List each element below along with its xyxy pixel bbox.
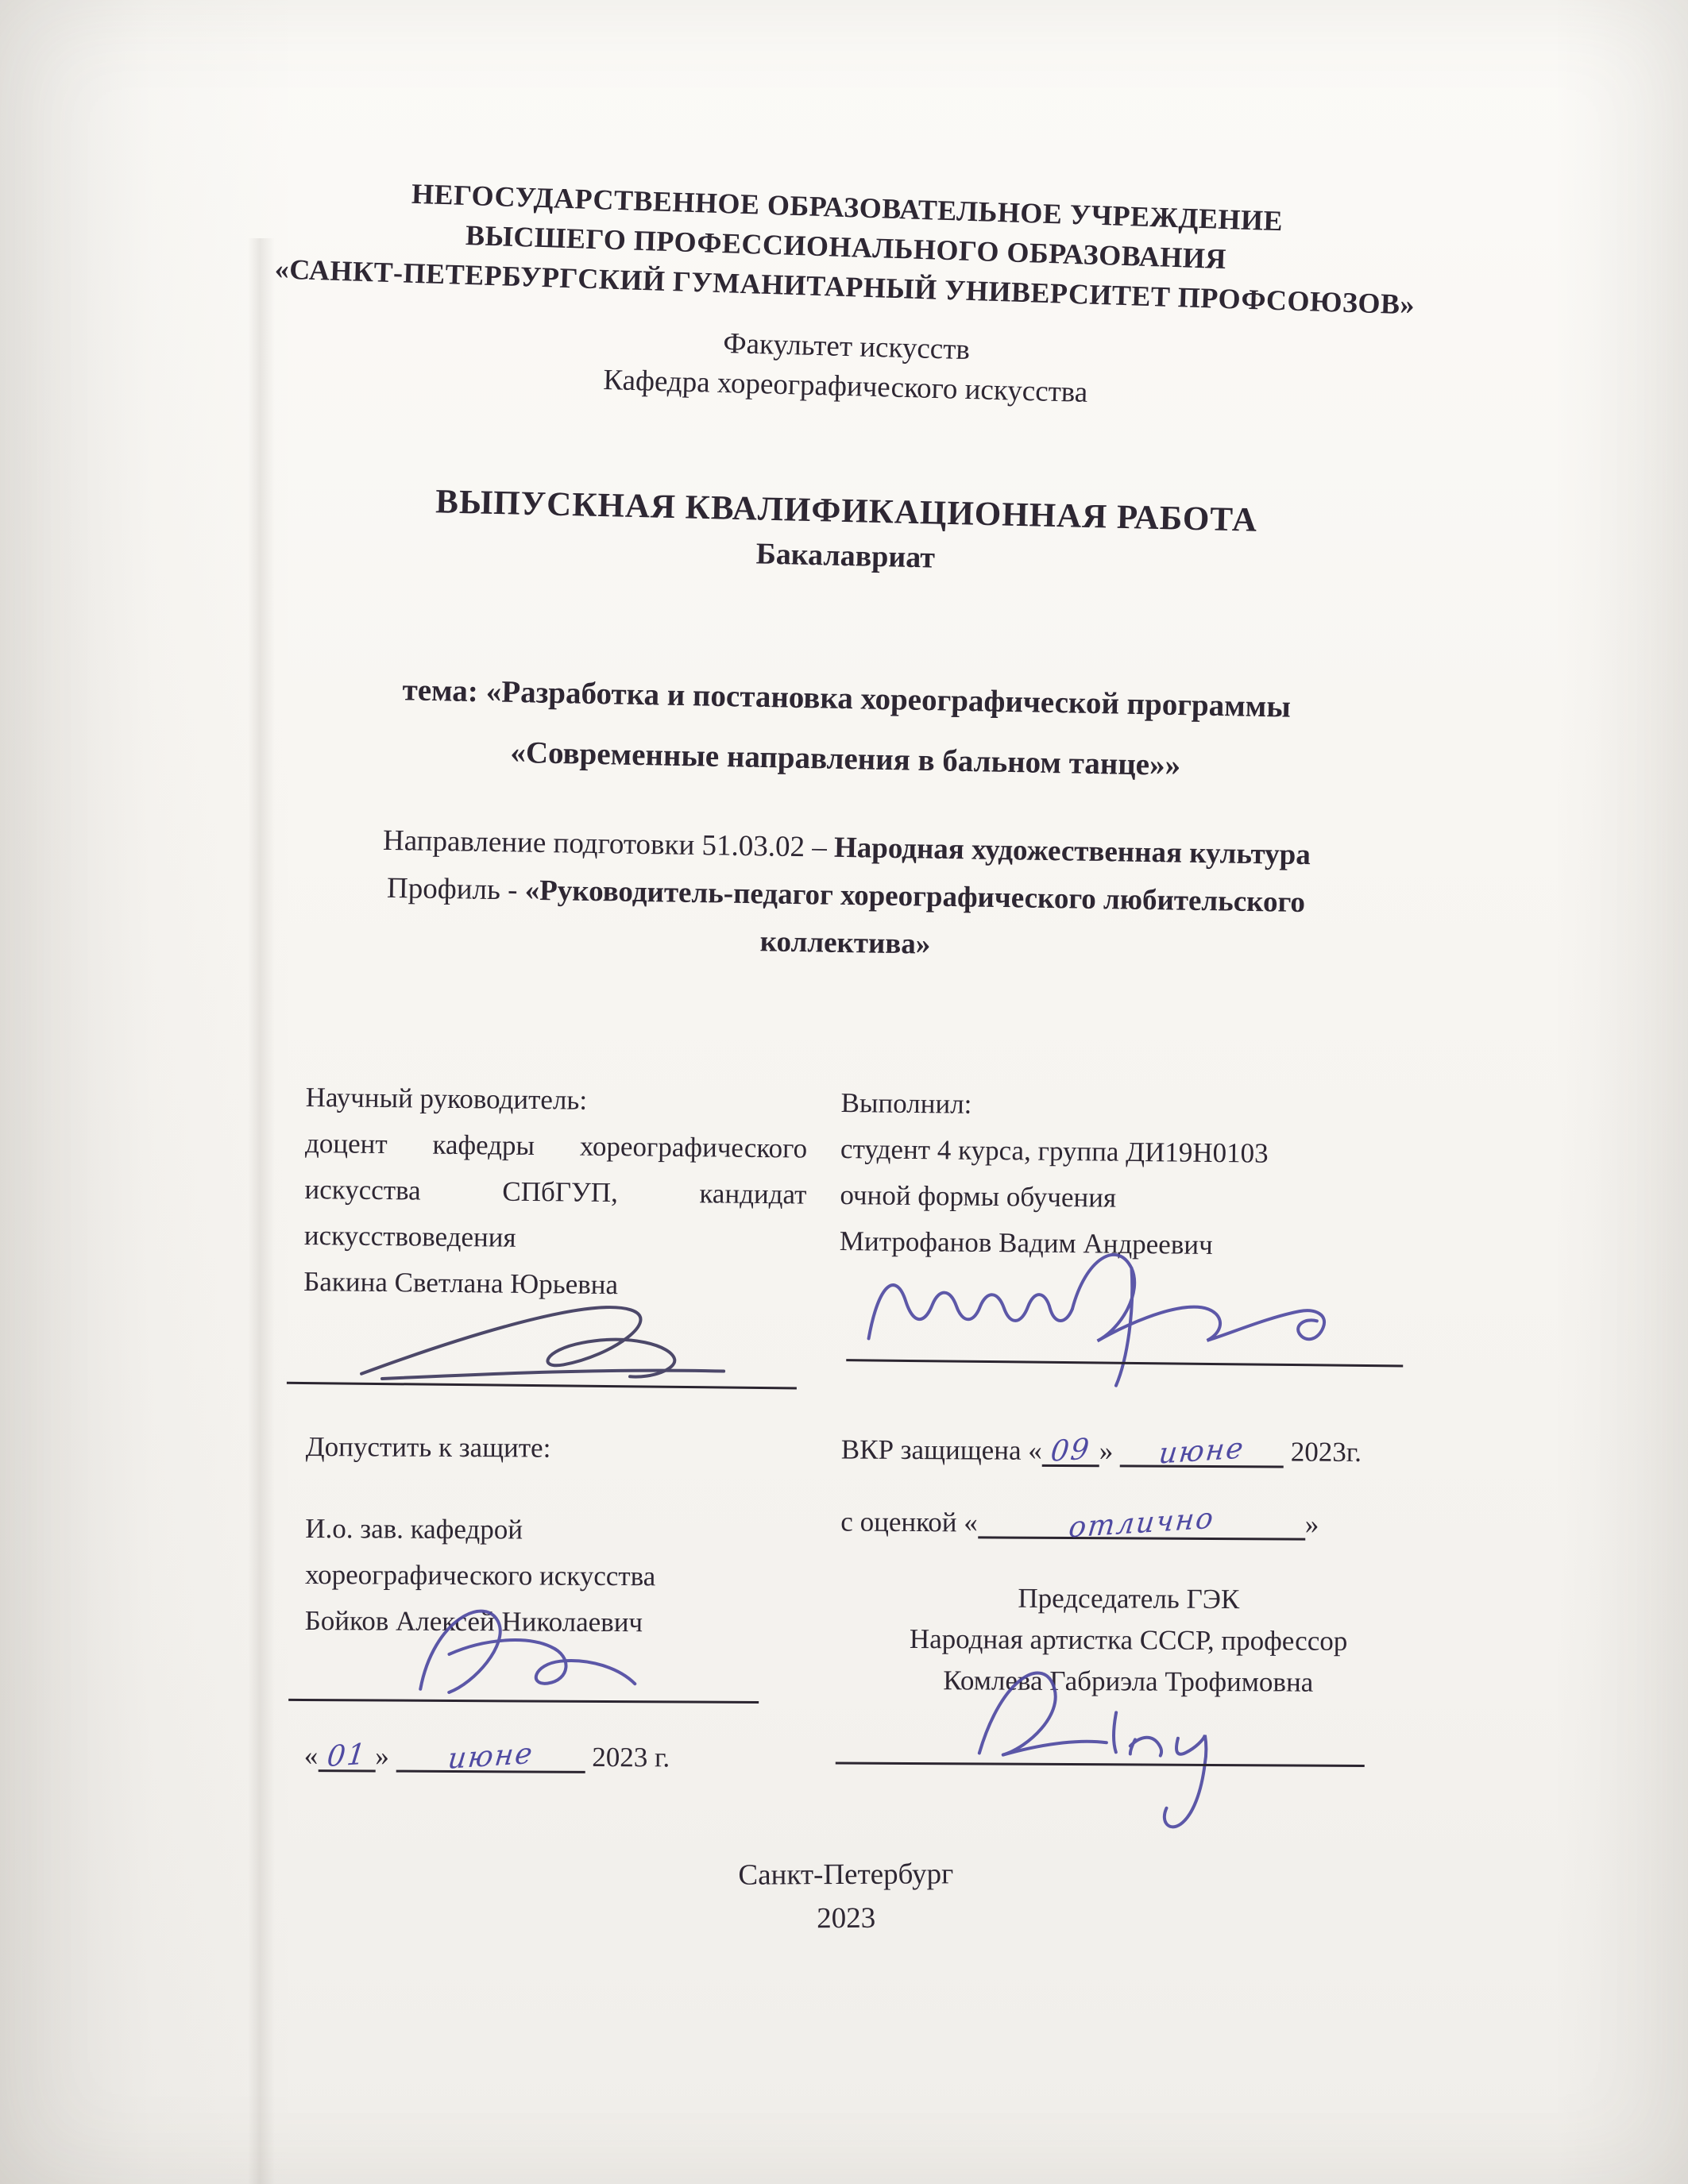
grade-prefix: с оценкой « (840, 1507, 978, 1538)
supervisor-author-columns: Научный руководитель: доцент кафедры хор… (303, 1075, 1418, 1396)
admission-date-day: 01 (324, 1731, 369, 1781)
signature-line (287, 1382, 797, 1390)
scanned-title-page: НЕГОСУДАРСТВЕННОЕ ОБРАЗОВАТЕЛЬНОЕ УЧРЕЖД… (0, 0, 1688, 2184)
author-heading: Выполнил: (840, 1080, 1418, 1133)
author-column: Выполнил: студент 4 курса, группа ДИ19Н0… (838, 1080, 1418, 1396)
admission-date-year: 2023 г. (592, 1742, 670, 1773)
defense-year: 2023г. (1291, 1436, 1362, 1467)
footer-year: 2023 (270, 1893, 1422, 1943)
author-line-2: очной формы обучения (840, 1172, 1417, 1225)
admission-name: Бойков Алексей Николаевич (305, 1598, 807, 1646)
author-line-1: студент 4 курса, группа ДИ19Н0103 (840, 1126, 1418, 1179)
program-block: Направление подготовки 51.03.02 – Народн… (269, 816, 1423, 977)
theme-text-1: «Разработка и постановка хореографическо… (486, 674, 1292, 723)
grade-suffix: » (1305, 1509, 1319, 1540)
supervisor-name: Бакина Светлана Юрьевна (303, 1259, 806, 1310)
supervisor-line-3: искусствоведения (304, 1213, 807, 1264)
signature-line (836, 1761, 1365, 1766)
supervisor-heading: Научный руководитель: (305, 1075, 808, 1126)
defense-month: июне (1157, 1426, 1247, 1478)
profile-value-2: коллектива» (759, 925, 930, 960)
quote-close: » (375, 1740, 389, 1771)
admission-column: Допустить к защите: И.о. зав. кафедрой х… (304, 1424, 808, 1781)
defense-day: 09 (1049, 1426, 1093, 1476)
supervisor-signature-area (303, 1305, 805, 1390)
defense-date-line: ВКР защищена «09» июне 2023г. (841, 1427, 1418, 1476)
footer-city: Санкт-Петербург (270, 1850, 1422, 1900)
defense-column: ВКР защищена «09» июне 2023г. с оценкой … (840, 1427, 1418, 1785)
university-header: НЕГОСУДАРСТВЕННОЕ ОБРАЗОВАТЕЛЬНОЕ УЧРЕЖД… (268, 169, 1423, 324)
admission-date-line: «01» июне 2023 г. (304, 1733, 806, 1781)
quote-open: « (304, 1740, 319, 1771)
supervisor-line-1: доцент кафедры хореографического (305, 1121, 808, 1172)
signature-line (846, 1359, 1403, 1367)
theme-label: тема: (402, 673, 478, 708)
chair-line-1: Председатель ГЭК (840, 1577, 1417, 1622)
theme-text-2: «Современные направления в бальном танце… (510, 735, 1180, 782)
admission-signature-area (304, 1644, 806, 1704)
admission-line-1: И.о. зав. кафедрой (305, 1506, 807, 1554)
grade-line: с оценкой «отлично» (840, 1499, 1417, 1549)
chair-block: Председатель ГЭК Народная артистка СССР,… (840, 1577, 1417, 1704)
admission-date-month: июне (445, 1731, 535, 1783)
profile-value-1: «Руководитель-педагог хореографического … (524, 874, 1305, 919)
theme-block: тема:«Разработка и постановка хореографи… (269, 658, 1423, 801)
defense-prefix: ВКР защищена « (841, 1434, 1042, 1466)
footer-block: Санкт-Петербург 2023 (270, 1850, 1423, 1943)
admission-line-2: хореографического искусства (305, 1552, 807, 1600)
supervisor-column: Научный руководитель: доцент кафедры хор… (303, 1075, 808, 1390)
faculty-block: Факультет искусств Кафедра хореографичес… (269, 312, 1423, 422)
work-type-block: ВЫПУСКНАЯ КВАЛИФИКАЦИОННАЯ РАБОТА Бакала… (269, 477, 1423, 592)
admission-defense-columns: Допустить к защите: И.о. зав. кафедрой х… (304, 1424, 1418, 1785)
direction-label: Направление подготовки 51.03.02 – (383, 824, 827, 864)
defense-mid: » (1099, 1435, 1114, 1466)
admission-heading: Допустить к защите: (306, 1424, 808, 1472)
supervisor-line-2: искусства СПбГУП, кандидат (304, 1167, 807, 1218)
grade-value: отлично (1066, 1495, 1217, 1551)
author-signature-area (838, 1264, 1416, 1370)
chair-line-2: Народная артистка СССР, профессор (840, 1619, 1416, 1663)
profile-label: Профиль - (387, 872, 518, 907)
chair-signature-area (840, 1701, 1416, 1768)
direction-value: Народная художественная культура (834, 832, 1311, 871)
author-name: Митрофанов Вадим Андреевич (840, 1218, 1417, 1271)
chair-name: Комлева Габриэла Трофимовна (840, 1660, 1416, 1704)
